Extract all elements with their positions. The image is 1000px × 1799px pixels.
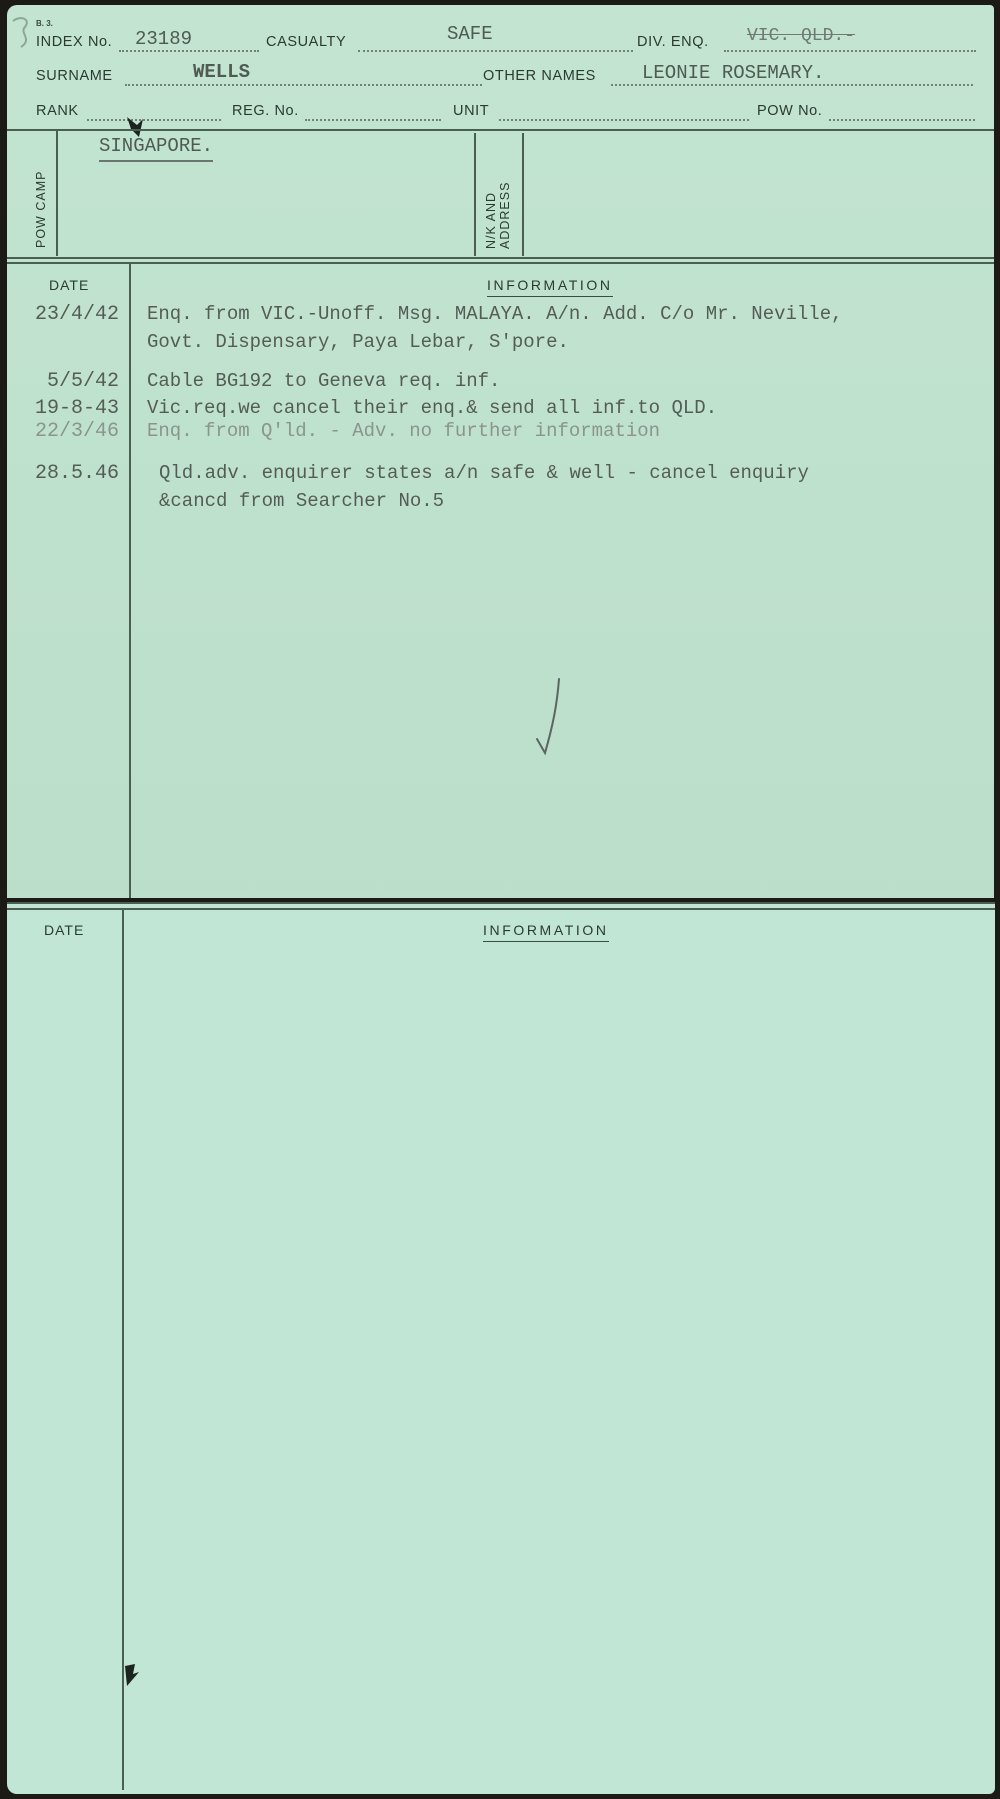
pow-camp-value[interactable]: SINGAPORE.: [99, 135, 213, 162]
back-date-header: DATE: [44, 922, 84, 938]
surname-value[interactable]: WELLS: [193, 61, 250, 83]
div-enq-label: DIV. ENQ.: [637, 34, 709, 50]
back-information-header: INFORMATION: [483, 922, 609, 938]
back-divider-top: [7, 902, 995, 904]
surname-label: SURNAME: [36, 68, 113, 84]
nk-address-label: N/K AND ADDRESS: [482, 145, 522, 249]
unit-label: UNIT: [453, 103, 489, 119]
surname-field-line: [125, 84, 482, 86]
casualty-field-line: [358, 50, 633, 52]
unit-field-line: [499, 119, 749, 121]
index-field-line: [119, 50, 259, 52]
divider-date-column: [129, 263, 131, 898]
other-names-value[interactable]: LEONIE ROSEMARY.: [642, 62, 824, 84]
log-entry-date: 28.5.46: [7, 462, 119, 485]
log-entry-text: Vic.req.we cancel their enq.& send all i…: [147, 397, 717, 419]
index-card-front: B. 3. INDEX No. 23189 CASUALTY SAFE DIV.…: [7, 5, 994, 898]
log-entry-date: 19-8-43: [7, 397, 119, 420]
divider-nk-left: [474, 133, 476, 256]
log-entry-text: Cable BG192 to Geneva req. inf.: [147, 370, 500, 392]
rank-field-line: [87, 119, 221, 121]
nk-address-field[interactable]: [527, 135, 987, 253]
log-entry-date: 5/5/42: [7, 370, 119, 393]
casualty-label: CASUALTY: [266, 34, 346, 50]
log-entry-text: Enq. from Q'ld. - Adv. no further inform…: [147, 420, 660, 442]
divider-header: [7, 129, 994, 131]
divider-double-top: [7, 257, 994, 259]
reg-no-label: REG. No.: [232, 103, 299, 119]
back-divider-top2: [7, 908, 995, 910]
casualty-value[interactable]: SAFE: [447, 23, 493, 45]
other-names-field-line: [611, 84, 973, 86]
index-value[interactable]: 23189: [135, 28, 192, 50]
log-entry-text: &cancd from Searcher No.5: [159, 490, 444, 512]
index-label: INDEX No.: [36, 34, 112, 50]
back-divider-date-column: [122, 910, 124, 1790]
date-header: DATE: [49, 277, 89, 293]
pow-camp-label: POW CAMP: [34, 148, 48, 248]
log-entry-text: Enq. from VIC.-Unoff. Msg. MALAYA. A/n. …: [147, 303, 843, 325]
log-entry-date: 22/3/46: [7, 420, 119, 443]
nk-label-line2: ADDRESS: [498, 145, 512, 249]
index-card-back: DATE INFORMATION: [7, 902, 995, 1794]
checkmark-icon: [527, 675, 567, 765]
div-enq-field-line: [724, 50, 976, 52]
information-header-text: INFORMATION: [487, 277, 613, 297]
back-information-header-text: INFORMATION: [483, 922, 609, 942]
back-information-area[interactable]: [127, 952, 987, 1782]
divider-pow-camp: [56, 130, 58, 256]
divider-nk-right: [522, 133, 524, 256]
other-names-label: OTHER NAMES: [483, 68, 596, 84]
reg-no-field-line: [305, 119, 441, 121]
div-enq-value[interactable]: VIC. QLD.-: [747, 26, 855, 46]
rank-label: RANK: [36, 103, 79, 119]
log-entry-date: 23/4/42: [7, 303, 119, 326]
log-entry-text: Govt. Dispensary, Paya Lebar, S'pore.: [147, 331, 569, 353]
nk-label-line1: N/K AND: [484, 145, 498, 249]
pow-no-field-line: [829, 119, 975, 121]
form-code: B. 3.: [36, 19, 53, 28]
divider-double-bottom: [7, 262, 994, 264]
information-header: INFORMATION: [487, 277, 613, 293]
log-entry-text: Qld.adv. enquirer states a/n safe & well…: [159, 462, 809, 484]
pow-no-label: POW No.: [757, 103, 822, 119]
